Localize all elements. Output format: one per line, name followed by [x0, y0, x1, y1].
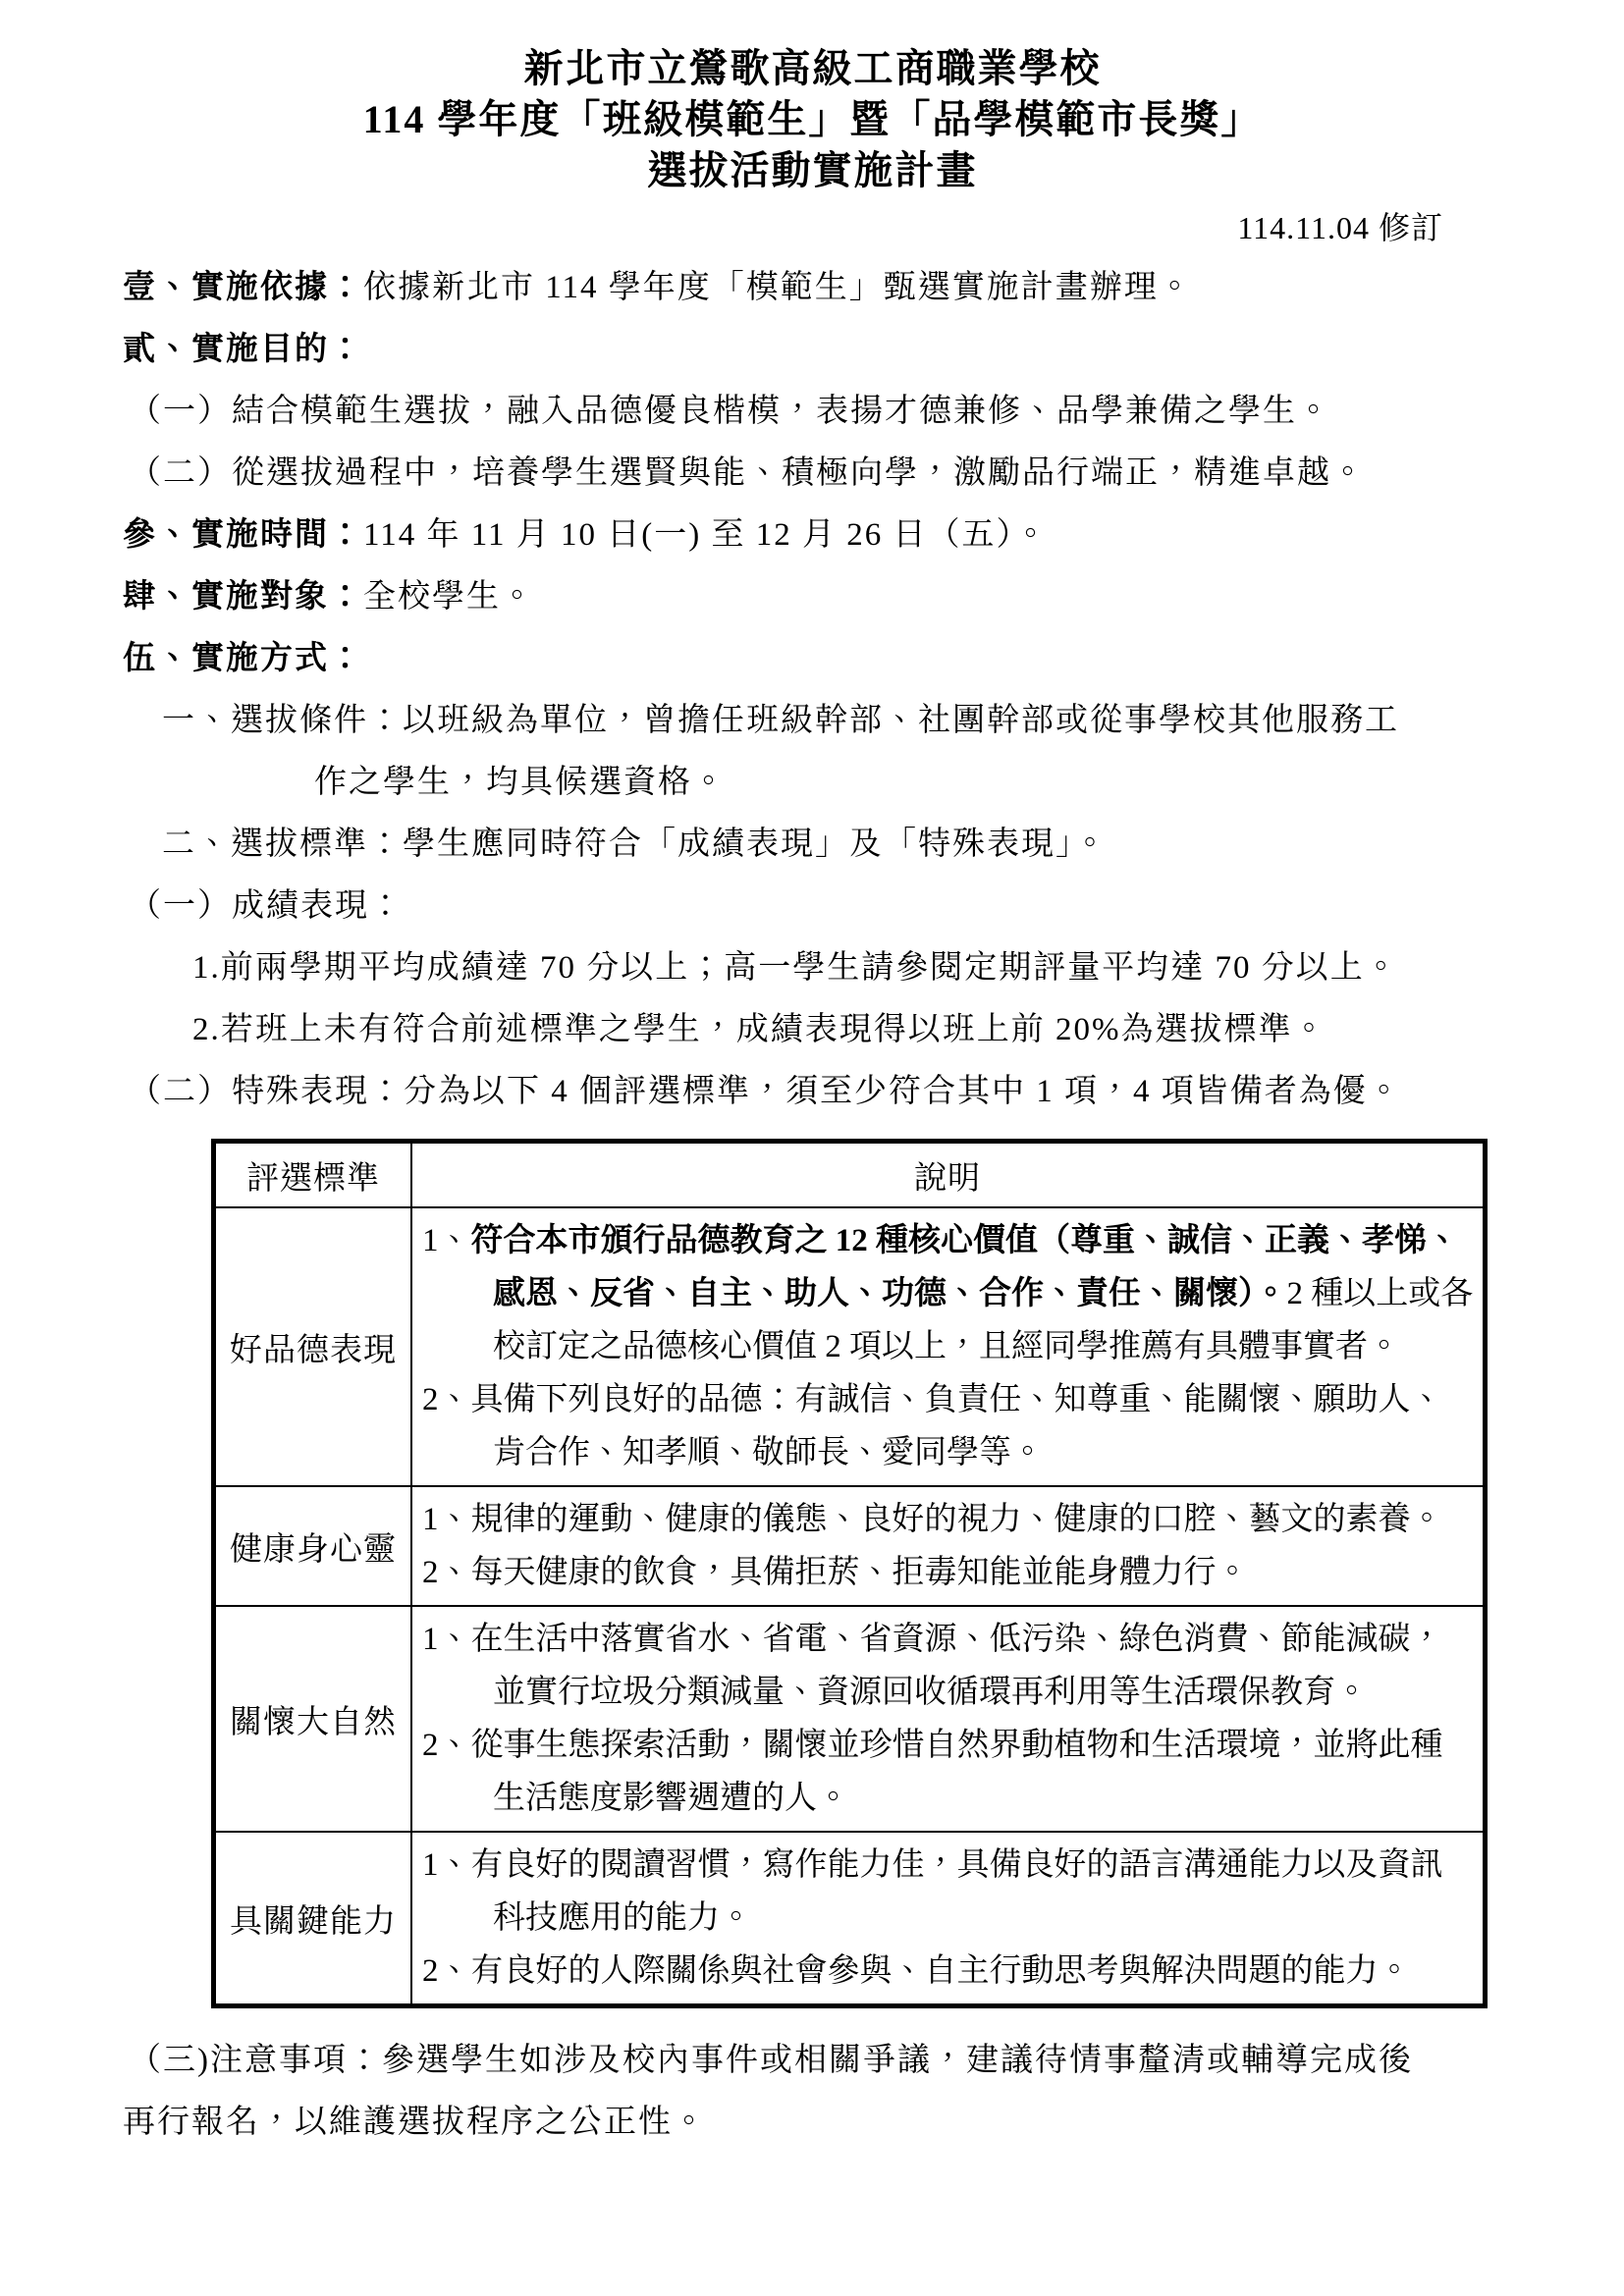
text-segment: （一）結合模範生選拔，融入品德優良楷模，表揚才德兼修、品學兼備之學生。 — [129, 394, 1331, 429]
body-line: 伍、實施方式： — [123, 628, 1502, 690]
text-segment: 2.若班上未有符合前述標準之學生，成績表現得以班上前 20%為選拔標準。 — [192, 1012, 1327, 1047]
description-line: 1、符合本市頒行品德教育之 12 種核心價值（尊重、誠信、正義、孝悌、 — [422, 1214, 1475, 1267]
description-line: 生活態度影響週遭的人。 — [422, 1772, 1475, 1825]
text-segment: 1、有良好的閱讀習慣，寫作能力佳，具備良好的語言溝通能力以及資訊 — [422, 1847, 1443, 1883]
text-segment: 參、實施時間： — [123, 517, 363, 553]
text-segment: 作之學生，均具候選資格。 — [314, 765, 727, 800]
description-cell: 1、符合本市頒行品德教育之 12 種核心價值（尊重、誠信、正義、孝悌、感恩、反省… — [411, 1207, 1486, 1486]
text-segment: 再行報名，以維護選拔程序之公正性。 — [123, 2105, 707, 2140]
document-title: 新北市立鶯歌高級工商職業學校114 學年度「班級模範生」暨「品學模範市長獎」選拔… — [123, 43, 1502, 196]
body-text: 壹、實施依據：依據新北市 114 學年度「模範生」甄選實施計畫辦理。貳、實施目的… — [123, 257, 1502, 1123]
body-line: 壹、實施依據：依據新北市 114 學年度「模範生」甄選實施計畫辦理。 — [123, 257, 1502, 319]
text-segment: （二）特殊表現：分為以下 4 個評選標準，須至少符合其中 1 項，4 項皆備者為… — [129, 1074, 1402, 1109]
criterion-cell: 具關鍵能力 — [214, 1832, 412, 2006]
text-segment: 壹、實施依據： — [123, 270, 363, 305]
text-segment: 伍、實施方式： — [123, 641, 363, 676]
document-page: 新北市立鶯歌高級工商職業學校114 學年度「班級模範生」暨「品學模範市長獎」選拔… — [0, 0, 1624, 2296]
description-line: 1、有良好的閱讀習慣，寫作能力佳，具備良好的語言溝通能力以及資訊 — [422, 1839, 1475, 1892]
table-row: 具關鍵能力1、有良好的閱讀習慣，寫作能力佳，具備良好的語言溝通能力以及資訊科技應… — [214, 1832, 1486, 2006]
description-line: 肯合作、知孝順、敬師長、愛同學等。 — [422, 1426, 1475, 1479]
description-line: 並實行垃圾分類減量、資源回收循環再利用等生活環保教育。 — [422, 1666, 1475, 1719]
description-line: 1、在生活中落實省水、省電、省資源、低污染、綠色消費、節能減碳， — [422, 1613, 1475, 1666]
text-segment: 1、 — [422, 1223, 471, 1258]
criteria-table-head: 評選標準 說明 — [214, 1142, 1486, 1208]
text-segment: 生活態度影響週遭的人。 — [493, 1781, 849, 1816]
description-line: 1、規律的運動、健康的儀態、良好的視力、健康的口腔、藝文的素養。 — [422, 1493, 1475, 1546]
text-segment: 114 年 11 月 10 日(一) 至 12 月 26 日（五）。 — [363, 517, 1049, 553]
body-line: （一）成績表現： — [123, 876, 1502, 937]
description-line: 2、有良好的人際關係與社會參與、自主行動思考與解決問題的能力。 — [422, 1945, 1475, 1998]
title-line: 114 學年度「班級模範生」暨「品學模範市長獎」 — [123, 94, 1502, 145]
column-header-criterion: 評選標準 — [214, 1142, 412, 1208]
text-segment: （二）從選拔過程中，培養學生選賢與能、積極向學，激勵品行端正，精進卓越。 — [129, 455, 1366, 491]
body-line: （二）從選拔過程中，培養學生選賢與能、積極向學，激勵品行端正，精進卓越。 — [123, 443, 1502, 505]
text-segment: 二、選拔標準：學生應同時符合「成績表現」及「特殊表現」。 — [162, 827, 1109, 862]
criterion-cell: 好品德表現 — [214, 1207, 412, 1486]
description-line: 2、從事生態探索活動，關懷並珍惜自然界動植物和生活環境，並將此種 — [422, 1719, 1475, 1772]
criterion-cell: 健康身心靈 — [214, 1486, 412, 1606]
text-segment: 科技應用的能力。 — [493, 1900, 752, 1936]
description-line: 2、具備下列良好的品德：有誠信、負責任、知尊重、能關懷、願助人、 — [422, 1373, 1475, 1426]
text-segment: 肯合作、知孝順、敬師長、愛同學等。 — [493, 1435, 1044, 1470]
criteria-table: 評選標準 說明 好品德表現1、符合本市頒行品德教育之 12 種核心價值（尊重、誠… — [211, 1139, 1488, 2008]
text-segment: 1、在生活中落實省水、省電、省資源、低污染、綠色消費、節能減碳， — [422, 1622, 1443, 1657]
criteria-table-body: 好品德表現1、符合本市頒行品德教育之 12 種核心價值（尊重、誠信、正義、孝悌、… — [214, 1207, 1486, 2006]
description-cell: 1、規律的運動、健康的儀態、良好的視力、健康的口腔、藝文的素養。2、每天健康的飲… — [411, 1486, 1486, 1606]
body-line: 作之學生，均具候選資格。 — [123, 752, 1502, 814]
text-segment: 全校學生。 — [363, 579, 535, 614]
body-line: 1.前兩學期平均成績達 70 分以上；高一學生請參閱定期評量平均達 70 分以上… — [123, 937, 1502, 999]
description-cell: 1、在生活中落實省水、省電、省資源、低污染、綠色消費、節能減碳，並實行垃圾分類減… — [411, 1606, 1486, 1832]
body-line: 肆、實施對象：全校學生。 — [123, 566, 1502, 628]
text-segment: 2、具備下列良好的品德：有誠信、負責任、知尊重、能關懷、願助人、 — [422, 1382, 1443, 1417]
revision-date: 114.11.04 修訂 — [123, 206, 1502, 249]
text-segment: 肆、實施對象： — [123, 579, 363, 614]
body-line: 二、選拔標準：學生應同時符合「成績表現」及「特殊表現」。 — [123, 814, 1502, 876]
text-segment: 2、有良好的人際關係與社會參與、自主行動思考與解決問題的能力。 — [422, 1953, 1411, 1989]
column-header-description: 說明 — [411, 1142, 1486, 1208]
description-cell: 1、有良好的閱讀習慣，寫作能力佳，具備良好的語言溝通能力以及資訊科技應用的能力。… — [411, 1832, 1486, 2006]
body-line: 2.若班上未有符合前述標準之學生，成績表現得以班上前 20%為選拔標準。 — [123, 999, 1502, 1061]
table-row: 好品德表現1、符合本市頒行品德教育之 12 種核心價值（尊重、誠信、正義、孝悌、… — [214, 1207, 1486, 1486]
criterion-cell: 關懷大自然 — [214, 1606, 412, 1832]
note-line: （三)注意事項：參選學生如涉及校內事件或相關爭議，建議待情事釐清或輔導完成後 — [123, 2030, 1502, 2092]
table-header-row: 評選標準 說明 — [214, 1142, 1486, 1208]
text-segment: 符合本市頒行品德教育之 12 種核心價值（尊重、誠信、正義、孝悌、 — [471, 1223, 1460, 1258]
description-line: 2、每天健康的飲食，具備拒菸、拒毒知能並能身體力行。 — [422, 1546, 1475, 1599]
text-segment: 校訂定之品德核心價值 2 項以上，且經同學推薦有具體事實者。 — [493, 1329, 1400, 1364]
body-line: （一）結合模範生選拔，融入品德優良楷模，表揚才德兼修、品學兼備之學生。 — [123, 381, 1502, 443]
table-row: 健康身心靈1、規律的運動、健康的儀態、良好的視力、健康的口腔、藝文的素養。2、每… — [214, 1486, 1486, 1606]
text-segment: （三)注意事項：參選學生如涉及校內事件或相關爭議，建議待情事釐清或輔導完成後 — [129, 2043, 1413, 2078]
text-segment: 依據新北市 114 學年度「模範生」甄選實施計畫辦理。 — [363, 270, 1193, 305]
text-segment: 2 種以上或各 — [1287, 1276, 1474, 1311]
text-segment: 2、每天健康的飲食，具備拒菸、拒毒知能並能身體力行。 — [422, 1555, 1249, 1590]
text-segment: 並實行垃圾分類減量、資源回收循環再利用等生活環保教育。 — [493, 1675, 1368, 1710]
title-line: 新北市立鶯歌高級工商職業學校 — [123, 43, 1502, 94]
body-line: （二）特殊表現：分為以下 4 個評選標準，須至少符合其中 1 項，4 項皆備者為… — [123, 1061, 1502, 1123]
body-line: 參、實施時間：114 年 11 月 10 日(一) 至 12 月 26 日（五）… — [123, 505, 1502, 566]
body-line: 一、選拔條件：以班級為單位，曾擔任班級幹部、社團幹部或從事學校其他服務工 — [123, 690, 1502, 752]
description-line: 校訂定之品德核心價值 2 項以上，且經同學推薦有具體事實者。 — [422, 1320, 1475, 1373]
description-line: 科技應用的能力。 — [422, 1892, 1475, 1945]
title-line: 選拔活動實施計畫 — [123, 145, 1502, 196]
notes-text: （三)注意事項：參選學生如涉及校內事件或相關爭議，建議待情事釐清或輔導完成後再行… — [123, 2030, 1502, 2154]
text-segment: 一、選拔條件：以班級為單位，曾擔任班級幹部、社團幹部或從事學校其他服務工 — [162, 703, 1399, 738]
table-row: 關懷大自然1、在生活中落實省水、省電、省資源、低污染、綠色消費、節能減碳，並實行… — [214, 1606, 1486, 1832]
text-segment: 1、規律的運動、健康的儀態、良好的視力、健康的口腔、藝文的素養。 — [422, 1502, 1443, 1537]
note-line: 再行報名，以維護選拔程序之公正性。 — [123, 2092, 1502, 2154]
text-segment: 感恩、反省、自主、助人、功德、合作、責任、關懷）。 — [493, 1276, 1287, 1311]
text-segment: （一）成績表現： — [129, 888, 404, 924]
description-line: 感恩、反省、自主、助人、功德、合作、責任、關懷）。2 種以上或各 — [422, 1267, 1475, 1320]
text-segment: 1.前兩學期平均成績達 70 分以上；高一學生請參閱定期評量平均達 70 分以上… — [192, 950, 1399, 986]
text-segment: 貳、實施目的： — [123, 332, 363, 367]
body-line: 貳、實施目的： — [123, 319, 1502, 381]
text-segment: 2、從事生態探索活動，關懷並珍惜自然界動植物和生活環境，並將此種 — [422, 1728, 1443, 1763]
